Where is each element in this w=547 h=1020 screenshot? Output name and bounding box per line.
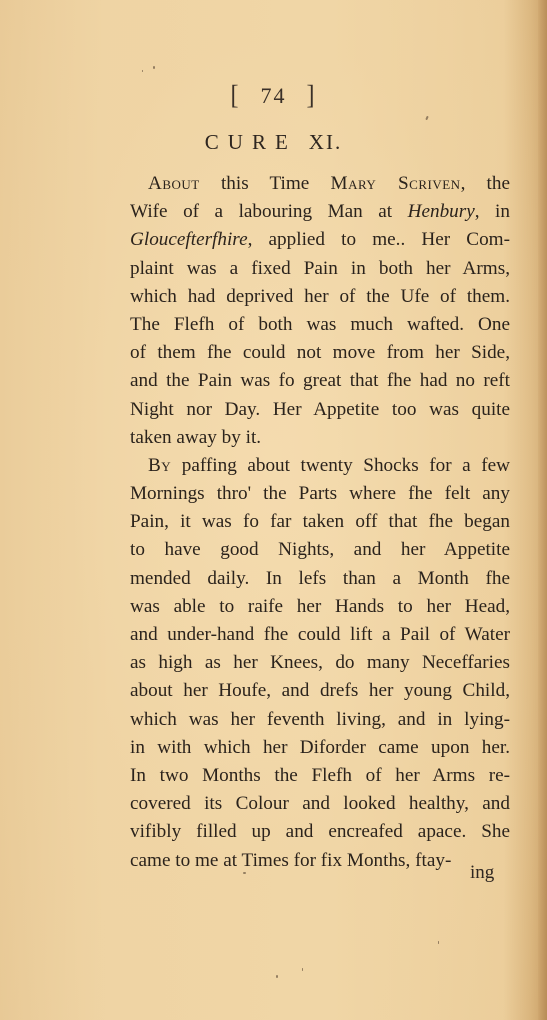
text-segment: about her Houfe, and drefs her young Chi…	[130, 680, 510, 701]
text-line: vifibly filled up and encreafed apace. S…	[130, 818, 510, 846]
text-segment: vifibly filled up and encreafed apace. S…	[130, 821, 510, 842]
text-segment: The Flefh of both was much wafted. One	[130, 314, 510, 335]
text-segment-small-caps: Mary Scriven	[331, 173, 461, 194]
text-line: which had deprived her of the Ufe of the…	[130, 283, 510, 311]
text-line: Night nor Day. Her Appetite too was quit…	[130, 396, 510, 424]
paper-speck	[276, 975, 278, 978]
chapter-heading-word: CURE	[205, 130, 297, 154]
text-segment: came to me at Times for fix Months, ftay…	[130, 850, 451, 871]
text-segment: , the	[461, 173, 510, 194]
text-segment: Pain, it was fo far taken off that fhe b…	[130, 511, 510, 532]
text-line: about her Houfe, and drefs her young Chi…	[130, 677, 510, 705]
text-segment: to have good Nights, and her Appetite	[130, 539, 510, 560]
text-segment: in with which her Diforder came upon her…	[130, 737, 510, 758]
text-line: was able to raife her Hands to her Head,	[130, 593, 510, 621]
page-number-bracket-close: ]	[307, 81, 317, 112]
page-number-value: 74	[261, 83, 287, 109]
text-segment: this Time	[200, 173, 331, 194]
text-segment-small-caps: About	[148, 173, 200, 194]
text-line: which was her feventh living, and in lyi…	[130, 706, 510, 734]
text-line: and the Pain was fo great that fhe had n…	[130, 367, 510, 395]
text-line: In two Months the Flefh of her Arms re-	[130, 762, 510, 790]
text-line: taken away by it.	[130, 424, 510, 452]
text-segment: was able to raife her Hands to her Head,	[130, 596, 510, 617]
text-segment: paffing about twenty Shocks for a few	[171, 455, 510, 476]
text-line: By paffing about twenty Shocks for a few	[130, 452, 510, 480]
text-line: About this Time Mary Scriven, the	[130, 170, 510, 198]
text-segment: Mornings thro' the Parts where fhe felt …	[130, 483, 510, 504]
text-line: mended daily. In lefs than a Month fhe	[130, 565, 510, 593]
text-line: covered its Colour and looked healthy, a…	[130, 790, 510, 818]
text-segment: covered its Colour and looked healthy, a…	[130, 793, 510, 814]
paper-speck	[153, 66, 155, 69]
text-line: as high as her Knees, do many Neceffarie…	[130, 649, 510, 677]
text-segment-italic: Henbury	[408, 201, 475, 222]
text-line: Gloucefterfhire, applied to me.. Her Com…	[130, 226, 510, 254]
text-line: plaint was a fixed Pain in both her Arms…	[130, 255, 510, 283]
text-segment: which was her feventh living, and in lyi…	[130, 709, 510, 730]
catchword: ing	[470, 862, 494, 884]
paper-speck	[425, 116, 429, 120]
text-segment: , in	[475, 201, 510, 222]
text-line: Wife of a labouring Man at Henbury, in	[130, 198, 510, 226]
text-line: Mornings thro' the Parts where fhe felt …	[130, 480, 510, 508]
text-line: of them fhe could not move from her Side…	[130, 339, 510, 367]
text-line: and under-hand fhe could lift a Pail of …	[130, 621, 510, 649]
text-line: came to me at Times for fix Months, ftay…	[130, 847, 510, 875]
text-line: in with which her Diforder came upon her…	[130, 734, 510, 762]
text-segment: which had deprived her of the Ufe of the…	[130, 286, 510, 307]
paper-speck	[302, 968, 303, 971]
paper-speck	[438, 941, 439, 944]
text-segment-small-caps: By	[148, 455, 171, 476]
text-segment: taken away by it.	[130, 427, 261, 448]
text-segment: of them fhe could not move from her Side…	[130, 342, 510, 363]
text-segment: Wife of a labouring Man at	[130, 201, 408, 222]
text-segment: and the Pain was fo great that fhe had n…	[130, 370, 510, 391]
chapter-heading-numeral: XI.	[309, 130, 342, 154]
paragraph: About this Time Mary Scriven, theWife of…	[130, 170, 510, 452]
text-line: Pain, it was fo far taken off that fhe b…	[130, 508, 510, 536]
text-segment: as high as her Knees, do many Neceffarie…	[130, 652, 510, 673]
page-number: [74]	[0, 83, 547, 110]
text-segment: In two Months the Flefh of her Arms re-	[130, 765, 510, 786]
paper-speck	[142, 70, 143, 72]
body-text: About this Time Mary Scriven, theWife of…	[130, 170, 510, 875]
text-segment: and under-hand fhe could lift a Pail of …	[130, 624, 510, 645]
text-line: to have good Nights, and her Appetite	[130, 536, 510, 564]
text-segment-italic: Gloucefterfhire	[130, 229, 248, 250]
text-segment: , applied to me.. Her Com-	[248, 229, 510, 250]
text-segment: plaint was a fixed Pain in both her Arms…	[130, 258, 510, 279]
text-segment: Night nor Day. Her Appetite too was quit…	[130, 399, 510, 420]
paragraph: By paffing about twenty Shocks for a few…	[130, 452, 510, 875]
text-line: The Flefh of both was much wafted. One	[130, 311, 510, 339]
page-number-bracket-open: [	[231, 81, 241, 112]
text-segment: mended daily. In lefs than a Month fhe	[130, 568, 510, 589]
chapter-heading: CUREXI.	[0, 130, 547, 155]
